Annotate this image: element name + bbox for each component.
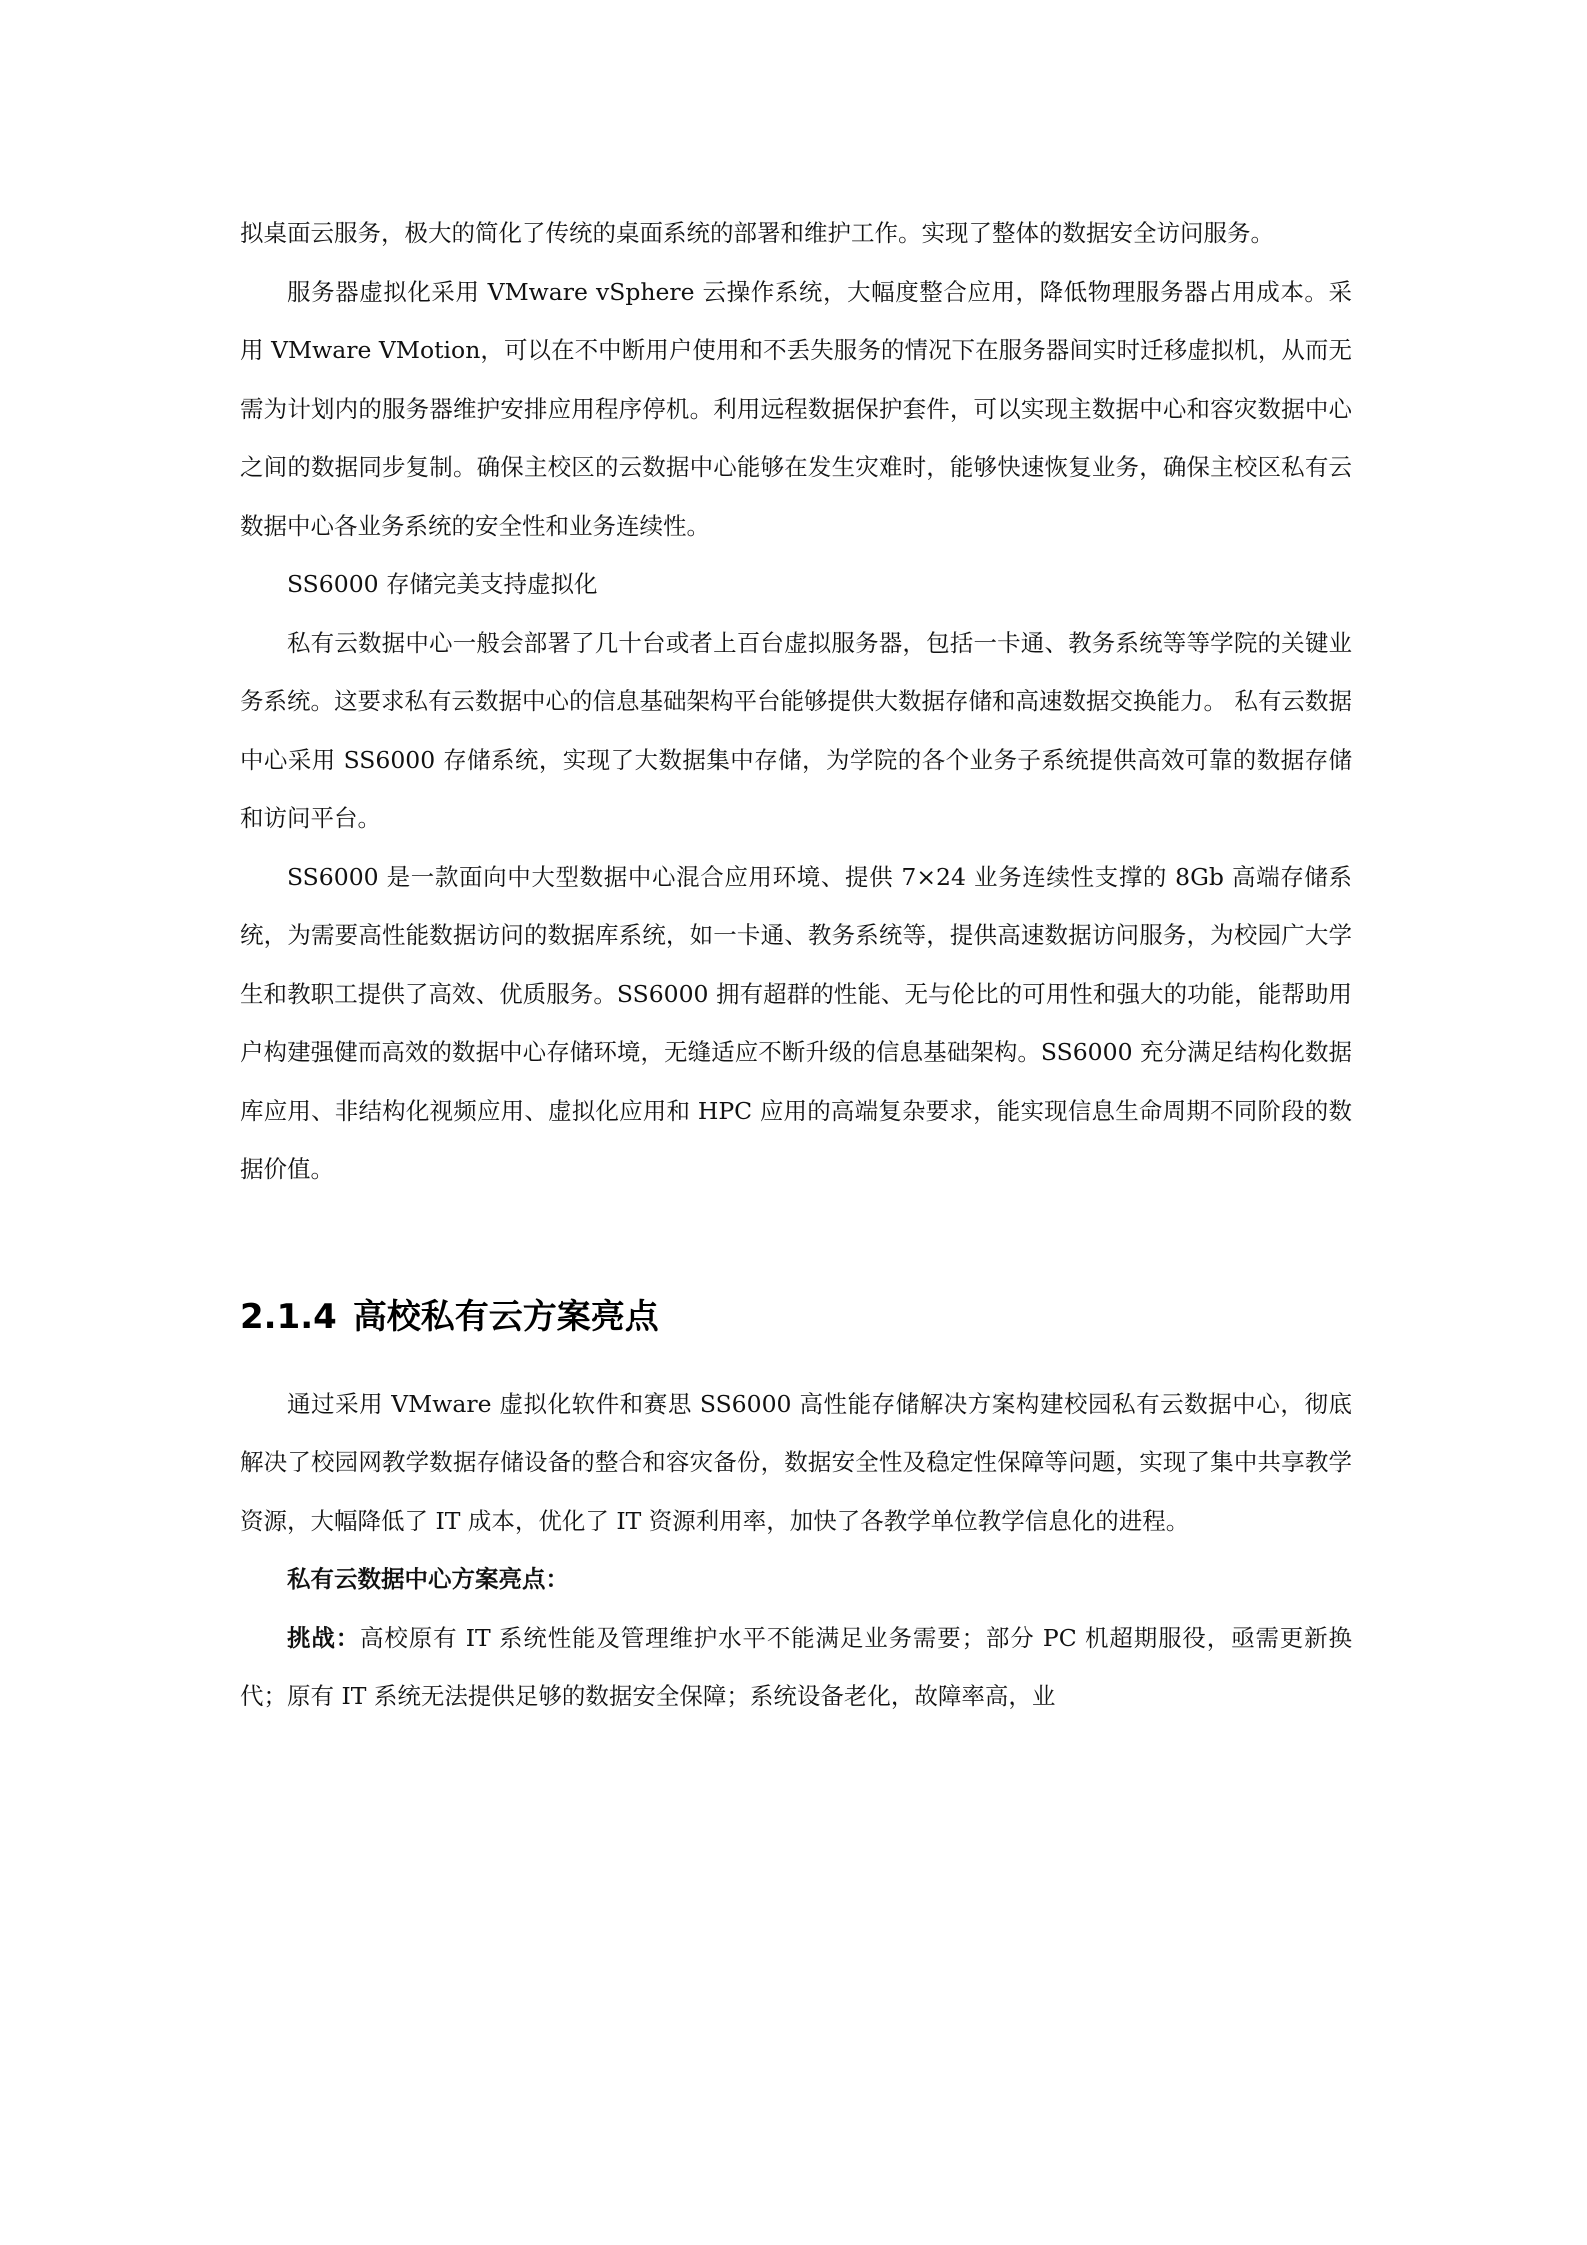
paragraph-desktop-cloud-continuation: 拟桌面云服务，极大的简化了传统的桌面系统的部署和维护工作。实现了整体的数据安全访… xyxy=(240,204,1352,263)
paragraph-challenge: 挑战：高校原有 IT 系统性能及管理维护水平不能满足业务需要；部分 PC 机超期… xyxy=(240,1609,1352,1726)
section-title: 高校私有云方案亮点 xyxy=(353,1297,659,1337)
challenge-text: 高校原有 IT 系统性能及管理维护水平不能满足业务需要；部分 PC 机超期服役，… xyxy=(240,1624,1352,1711)
document-page: 拟桌面云服务，极大的简化了传统的桌面系统的部署和维护工作。实现了整体的数据安全访… xyxy=(240,204,1352,1726)
section-number: 2.1.4 xyxy=(240,1297,337,1337)
paragraph-private-cloud: 私有云数据中心一般会部署了几十台或者上百台虚拟服务器，包括一卡通、教务系统等等学… xyxy=(240,614,1352,848)
section-heading: 2.1.4高校私有云方案亮点 xyxy=(240,1297,1352,1337)
challenge-label: 挑战： xyxy=(287,1624,360,1652)
highlights-label: 私有云数据中心方案亮点： xyxy=(240,1550,1352,1609)
paragraph-server-virtualization: 服务器虚拟化采用 VMware vSphere 云操作系统，大幅度整合应用，降低… xyxy=(240,263,1352,556)
paragraph-ss6000-subtitle: SS6000 存储完美支持虚拟化 xyxy=(240,555,1352,614)
paragraph-ss6000-description: SS6000 是一款面向中大型数据中心混合应用环境、提供 7×24 业务连续性支… xyxy=(240,848,1352,1199)
paragraph-summary: 通过采用 VMware 虚拟化软件和赛思 SS6000 高性能存储解决方案构建校… xyxy=(240,1375,1352,1551)
